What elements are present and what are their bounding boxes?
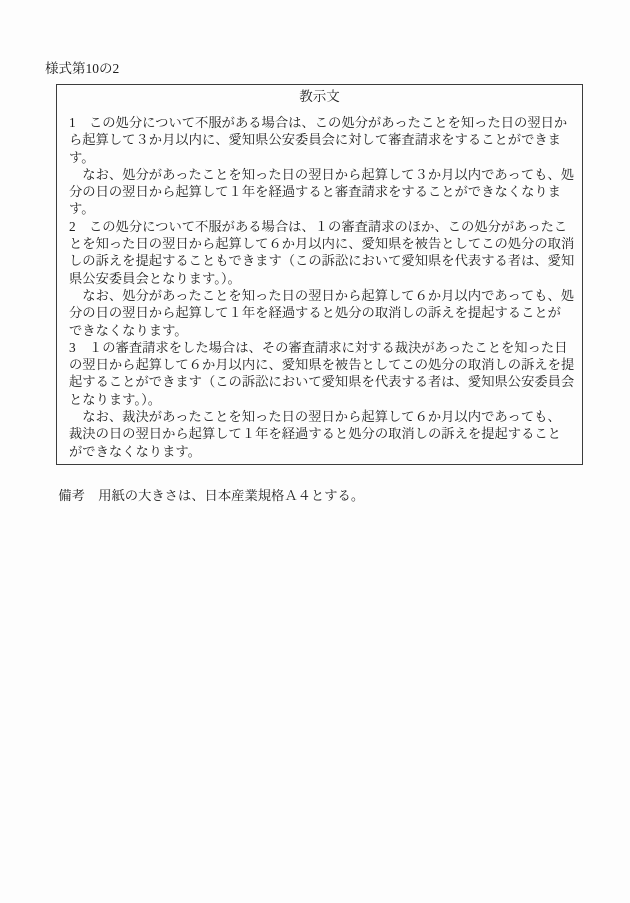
notice-item-3: 3 １の審査請求をした場合は、その審査請求に対する裁決があったことを知った日 の…	[69, 339, 578, 460]
remarks-line: 備考用紙の大きさは、日本産業規格Ａ４とする。	[45, 470, 364, 521]
notice-item-1: 1 この処分について不服がある場合は、この処分があったことを知った日の翌日か ら…	[69, 114, 578, 218]
document-page: 様式第10の2 教示文 1 この処分について不服がある場合は、この処分があったこ…	[0, 0, 630, 903]
notice-title: 教示文	[57, 88, 582, 105]
form-number-label: 様式第10の2	[45, 60, 119, 78]
notice-body: 1 この処分について不服がある場合は、この処分があったことを知った日の翌日か ら…	[57, 114, 582, 460]
notice-box: 教示文 1 この処分について不服がある場合は、この処分があったことを知った日の翌…	[56, 84, 583, 465]
remarks-label: 備考	[58, 488, 85, 503]
remarks-text: 用紙の大きさは、日本産業規格Ａ４とする。	[98, 488, 364, 503]
notice-item-2: 2 この処分について不服がある場合は、１の審査請求のほか、この処分があったこ と…	[69, 218, 578, 339]
